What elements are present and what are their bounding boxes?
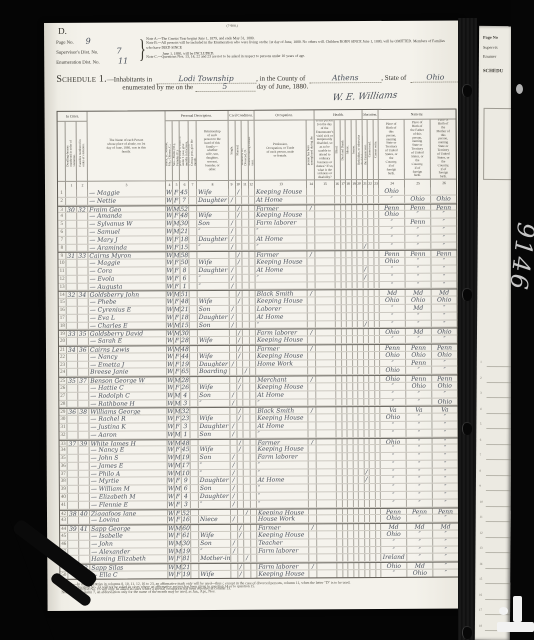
cell-age: 3	[182, 501, 191, 508]
cell-relation: Son	[197, 220, 229, 227]
cell-birth_mother: Md	[432, 290, 458, 296]
cell-birth_mother: ″	[433, 515, 459, 522]
cell-relation: Wife	[197, 189, 229, 196]
cell-sex: F	[173, 236, 180, 243]
cell-color: W	[167, 369, 174, 376]
cell-sex: M	[175, 440, 182, 446]
cell-birth_mother: ″	[432, 312, 458, 319]
cell-occupation	[256, 282, 308, 289]
cell-dwelling: 38	[68, 510, 79, 516]
cell-unemp	[308, 321, 316, 328]
cell-relation: ″	[198, 275, 230, 282]
cell-birth_self: ″	[380, 391, 406, 398]
cell-name: — Nettie	[88, 197, 166, 204]
cell-unemp: /	[307, 252, 315, 258]
cell-color: W	[167, 322, 174, 329]
cell-age: 21	[180, 228, 189, 235]
cell-birth_father	[405, 188, 431, 195]
next-page-line-number: 5	[480, 423, 482, 426]
cell-birth_father: ″	[407, 554, 433, 561]
column-header-sick: Is the person [on the day of the Enumera…	[315, 120, 335, 179]
cell-dwelling: 33	[67, 331, 78, 337]
cell-line: 32	[59, 432, 67, 439]
cell-birth_father: ″	[406, 281, 432, 288]
cell-unemp	[309, 453, 317, 460]
cell-line: 36	[60, 463, 68, 470]
cell-name: — Cyrenius E	[89, 306, 167, 313]
cell-name: — Phebe	[89, 298, 167, 305]
next-page-line-number: 10	[480, 500, 483, 503]
cell-age: 30	[180, 220, 189, 227]
cell-sex: M	[175, 470, 182, 477]
cell-line: 18	[59, 322, 67, 329]
cell-sex: M	[174, 322, 181, 329]
cell-sex: M	[174, 331, 181, 337]
cell-sick	[316, 391, 336, 398]
cell-birth_mother: ″	[433, 492, 459, 499]
cell-relation: Daughter	[199, 493, 231, 500]
cell-sex: F	[175, 517, 182, 524]
cell-month	[190, 346, 198, 352]
cell-family	[77, 268, 88, 275]
cell-dwelling	[68, 447, 79, 454]
cell-age: 3	[181, 400, 190, 407]
cell-sick	[316, 399, 336, 406]
cell-color: W	[168, 510, 175, 516]
cell-age: 52	[180, 206, 189, 212]
next-page-line-number: 14	[479, 562, 482, 565]
cell-sex: M	[173, 253, 180, 259]
cell-birth_mother: Ohio	[432, 351, 458, 358]
cell-birth_mother: ″	[433, 445, 459, 452]
cell-sex: M	[174, 306, 181, 313]
cell-color: W	[166, 253, 173, 259]
cell-age: 21	[181, 306, 190, 313]
cell-sex: M	[175, 540, 182, 547]
cell-line: 29	[59, 409, 67, 415]
cell-occupation: ″	[256, 274, 308, 281]
column-number: 25	[405, 179, 431, 188]
cell-occupation: At Home	[256, 313, 308, 320]
cell-line: 2	[58, 198, 66, 205]
cell-occupation: Laborer	[256, 305, 308, 312]
cell-color: W	[167, 409, 174, 415]
cell-relation	[198, 346, 230, 352]
cell-color: W	[167, 415, 174, 422]
cell-name: — Maggie	[88, 259, 166, 266]
cell-occupation: Farm laborer	[257, 453, 309, 460]
cell-sex: M	[173, 206, 180, 212]
cell-sex: F	[174, 283, 181, 290]
cell-unemp	[307, 227, 315, 234]
cell-unemp: /	[308, 330, 316, 336]
cell-family	[79, 494, 90, 501]
cell-occupation: Black Smith	[256, 291, 308, 297]
cell-birth_self: ″	[379, 219, 405, 226]
cell-month	[191, 532, 199, 539]
cell-birth_mother: ″	[432, 359, 458, 366]
cell-birth_mother: ″	[432, 273, 458, 280]
cell-relation	[199, 525, 231, 531]
cell-occupation: ″	[256, 430, 308, 437]
cell-family	[78, 314, 89, 321]
cell-color: W	[168, 447, 175, 454]
cell-line: 15	[59, 299, 67, 306]
cell-dwelling	[67, 369, 78, 376]
column-number: 24	[379, 179, 405, 188]
cell-name: — Samuel	[88, 228, 166, 235]
cell-birth_mother: ″	[433, 531, 459, 538]
cell-dwelling	[67, 354, 78, 361]
cell-relation: Son	[199, 540, 231, 547]
cell-color: W	[166, 220, 173, 227]
cell-line: 8	[58, 244, 66, 251]
cell-relation: Wife	[198, 337, 230, 344]
cell-family	[79, 463, 90, 470]
next-page-line	[486, 490, 514, 491]
cell-occupation: Keeping House	[257, 570, 309, 577]
cell-birth_father: ″	[406, 336, 432, 343]
state-label: , State of	[381, 74, 406, 82]
corner-stamp-dot	[499, 607, 508, 615]
cell-occupation: ″	[256, 399, 308, 406]
cell-sex: F	[175, 501, 182, 508]
column-number: 4	[166, 180, 173, 189]
cell-month	[190, 275, 198, 282]
cell-sex: M	[174, 392, 181, 399]
column-number: 1	[66, 181, 77, 190]
cell-sick	[317, 555, 337, 562]
cell-birth_self: ″	[381, 500, 407, 507]
next-page-line	[486, 459, 514, 460]
cell-unemp	[307, 220, 315, 227]
cell-sex: F	[173, 259, 180, 266]
cell-birth_self: Md	[380, 290, 406, 296]
cell-occupation: Farmer	[257, 525, 309, 531]
cell-dwelling	[66, 229, 77, 236]
cell-unemp	[308, 274, 316, 281]
cell-name: — Isabelle	[90, 532, 168, 539]
cell-color: W	[167, 298, 174, 305]
cell-relation: Wife	[198, 415, 230, 422]
cell-age: 9	[182, 478, 191, 485]
cell-line: 20	[59, 338, 67, 345]
cell-sex: F	[175, 532, 182, 539]
cell-birth_father: ″	[407, 538, 433, 545]
binding-rivet	[462, 84, 472, 97]
next-page-line	[486, 443, 514, 444]
cell-family: 41	[79, 526, 90, 532]
cell-name: — Emetta J	[89, 361, 167, 368]
cell-sick	[317, 485, 337, 492]
cell-sick	[317, 570, 337, 577]
cell-relation	[197, 252, 229, 258]
cell-age: 45	[180, 189, 189, 196]
cell-sick	[315, 252, 335, 258]
cell-sick	[316, 291, 336, 297]
column-header-occupation: Profession, Occupation, or Trade of each…	[255, 120, 307, 179]
cell-month	[191, 556, 199, 563]
cell-occupation: Farmer	[256, 345, 308, 351]
binding-rivet	[462, 626, 472, 639]
cell-birth_mother: ″	[432, 390, 458, 397]
cell-unemp	[308, 352, 316, 359]
enumeration-value: 11	[112, 56, 134, 66]
cell-month	[190, 400, 198, 407]
cell-color: W	[167, 377, 174, 383]
cell-birth_self: ″	[381, 539, 407, 546]
cell-sick	[317, 509, 337, 515]
cell-birth_self: ″	[381, 546, 407, 553]
cell-line: 45	[60, 533, 68, 540]
cell-age: 1	[181, 431, 190, 438]
cell-sick	[317, 453, 337, 460]
cell-relation	[198, 291, 230, 297]
cell-month	[189, 259, 197, 266]
cell-color: W	[168, 564, 175, 570]
cell-relation: Son	[198, 392, 230, 399]
cell-family	[79, 447, 90, 454]
cell-sick	[317, 477, 337, 484]
cell-birth_self: ″	[380, 398, 406, 405]
cell-name: — Cora	[88, 267, 166, 274]
column-number: 6	[180, 180, 189, 189]
cell-occupation: ″	[257, 469, 309, 476]
cell-sex: F	[174, 361, 181, 368]
cell-dwelling	[68, 494, 79, 501]
cell-birth_mother: ″	[431, 219, 457, 226]
next-page-line-number: 17	[479, 609, 482, 612]
cell-color: W	[168, 440, 175, 446]
cell-dwelling	[67, 315, 78, 322]
cell-birth_mother: ″	[433, 438, 459, 444]
cell-color: W	[168, 571, 175, 578]
next-page-line-number: 11	[480, 516, 483, 519]
cell-unemp: /	[309, 525, 317, 531]
dust-speck	[516, 84, 523, 94]
cell-line: 26	[59, 385, 67, 392]
cell-color: W	[167, 392, 174, 399]
next-schedule-label: SCHEDU	[483, 68, 503, 74]
cell-relation: ″	[199, 548, 231, 555]
cell-relation: Son	[198, 306, 230, 313]
cell-dwelling	[67, 307, 78, 314]
cell-unemp	[308, 430, 316, 437]
cell-birth_mother: ″	[431, 211, 457, 218]
cell-occupation: Keeping House	[257, 531, 309, 538]
cell-unemp	[309, 469, 317, 476]
cell-line: 11	[58, 268, 66, 275]
cell-dwelling	[68, 541, 79, 548]
next-page-line-number: 13	[479, 547, 482, 550]
brace-glyph: }	[139, 34, 146, 64]
cell-dwelling	[66, 198, 77, 205]
cell-sex: F	[174, 337, 181, 344]
column-group-personal: Personal Description.	[166, 111, 229, 121]
cell-birth_mother: ″	[433, 538, 459, 545]
cell-birth_father: Penn	[405, 251, 431, 257]
cell-line: 31	[59, 424, 67, 431]
cell-relation	[199, 564, 231, 570]
cell-unemp	[309, 555, 317, 562]
next-page-line-number: 1	[480, 361, 482, 364]
cell-sick	[317, 563, 337, 569]
cell-birth_self: Ohio	[379, 211, 405, 218]
cell-age: 7	[180, 197, 189, 204]
cell-month	[191, 510, 199, 516]
cell-color: W	[167, 306, 174, 313]
cell-sex: F	[174, 415, 181, 422]
cell-birth_father: Penn	[405, 204, 431, 210]
cell-birth_self: ″	[380, 305, 406, 312]
cell-unemp: /	[308, 345, 316, 351]
cell-month	[191, 485, 199, 492]
cell-name: — Justina K	[89, 423, 167, 430]
column-header-family: Families numbered in order of visitation…	[77, 122, 88, 181]
cell-sex: F	[173, 213, 180, 220]
cell-sick	[315, 212, 335, 219]
cell-month	[189, 228, 197, 235]
cell-family	[78, 275, 89, 282]
cell-birth_self: ″	[381, 453, 407, 460]
cell-name: — Aaron	[89, 431, 167, 438]
cell-line: 6	[58, 229, 66, 236]
cell-birth_self: ″	[380, 313, 406, 320]
cell-family: 35	[78, 331, 89, 337]
cell-birth_father: Md	[407, 563, 433, 569]
cell-line: 13	[59, 283, 67, 290]
cell-unemp	[309, 547, 317, 554]
cell-name: Goldsberry David	[89, 331, 167, 337]
cell-occupation: At Home	[257, 477, 309, 484]
cell-family: 34	[78, 292, 89, 298]
supervisor-value: 7	[110, 46, 127, 56]
cell-name: — John S	[90, 454, 168, 461]
cell-birth_father: ″	[406, 390, 432, 397]
cell-name: — Flennie E	[90, 501, 168, 508]
cell-line: 19	[59, 331, 67, 337]
cell-sick	[315, 258, 335, 265]
cell-birth_father: ″	[405, 258, 431, 265]
column-group-nativity: Nativity.	[379, 109, 457, 119]
cell-month	[190, 361, 198, 368]
cell-relation: Daughter	[199, 477, 231, 484]
cell-age: 48	[181, 298, 190, 305]
cell-birth_mother: Penn	[432, 376, 458, 382]
cell-line: 46	[60, 541, 68, 548]
cell-color: W	[167, 292, 174, 298]
cell-family	[78, 283, 89, 290]
cell-month	[189, 197, 197, 204]
cell-color: W	[166, 236, 173, 243]
cell-month	[190, 314, 198, 321]
cell-sick	[317, 531, 337, 538]
cell-month	[190, 298, 198, 305]
cell-dwelling	[68, 486, 79, 493]
next-enumeration-label: Enumer	[483, 55, 496, 59]
cell-sick	[317, 461, 337, 468]
cell-color: W	[166, 197, 173, 204]
cell-age: 19	[182, 548, 191, 555]
cell-family	[79, 502, 90, 509]
county-value: Athens	[309, 73, 381, 83]
cell-birth_father: ″	[405, 266, 431, 273]
column-number: 5	[173, 180, 180, 189]
cell-unemp	[308, 399, 316, 406]
cell-birth_mother: Penn	[432, 344, 458, 350]
next-page-line	[486, 428, 514, 429]
cell-age: 19	[182, 454, 191, 461]
cell-relation: Wife	[199, 446, 231, 453]
cell-line: 10	[58, 260, 66, 267]
cell-family	[79, 470, 90, 477]
cell-family	[78, 307, 89, 314]
cell-occupation: ″	[255, 227, 307, 234]
cell-relation: Wife	[198, 298, 230, 305]
cell-relation: Daughter	[198, 360, 230, 367]
cell-sick	[316, 368, 336, 375]
cell-name: — Alexander	[90, 548, 168, 555]
cell-birth_self: ″	[380, 422, 406, 429]
cell-birth_father: Md	[406, 290, 432, 296]
cell-birth_father: Va	[406, 407, 432, 413]
cell-name: — Nancy	[89, 353, 167, 360]
cell-occupation: At Home	[255, 235, 307, 242]
cell-sex: F	[174, 275, 181, 282]
column-header-dwelling: Dwelling-houses numbered in order of vis…	[66, 122, 77, 181]
cell-dwelling	[68, 478, 79, 485]
cell-unemp	[309, 570, 317, 577]
cell-birth_self: Ireland	[381, 554, 407, 561]
cell-month	[191, 446, 199, 453]
cell-dwelling	[67, 322, 78, 329]
cell-color: W	[167, 423, 174, 430]
cell-dwelling	[67, 385, 78, 392]
enum-day-value: 5	[195, 82, 255, 92]
cell-color: W	[168, 485, 175, 492]
cell-age: 30	[182, 540, 191, 547]
cell-month	[191, 540, 199, 547]
cell-age: 3	[181, 423, 190, 430]
cell-age: 60	[182, 525, 191, 531]
cell-family	[77, 198, 88, 205]
cell-color: W	[168, 501, 175, 508]
cell-color: W	[168, 454, 175, 461]
cell-name: — Sarah E	[89, 337, 167, 344]
cell-birth_mother: ″	[433, 546, 459, 553]
cell-birth_mother: ″	[432, 336, 458, 343]
cell-birth_father: ″	[407, 461, 433, 468]
cell-relation: ″	[199, 470, 231, 477]
cell-age: 23	[181, 415, 190, 422]
cell-month	[191, 470, 199, 477]
cell-month	[190, 392, 198, 399]
cell-occupation	[257, 555, 309, 562]
cell-occupation: At Home	[255, 196, 307, 203]
cell-unemp	[309, 485, 317, 492]
cell-month	[191, 501, 199, 508]
cell-occupation: Keeping House	[255, 188, 307, 195]
cell-birth_mother: ″	[432, 414, 458, 421]
cell-family: 33	[77, 253, 88, 259]
cell-name: — Elizabeth M	[90, 493, 168, 500]
cell-age: 18	[180, 236, 189, 243]
cell-sex: M	[175, 525, 182, 531]
cell-color: W	[168, 462, 175, 469]
cell-age: 51	[181, 291, 190, 297]
cell-month	[190, 330, 198, 336]
cell-birth_self: ″	[380, 429, 406, 436]
